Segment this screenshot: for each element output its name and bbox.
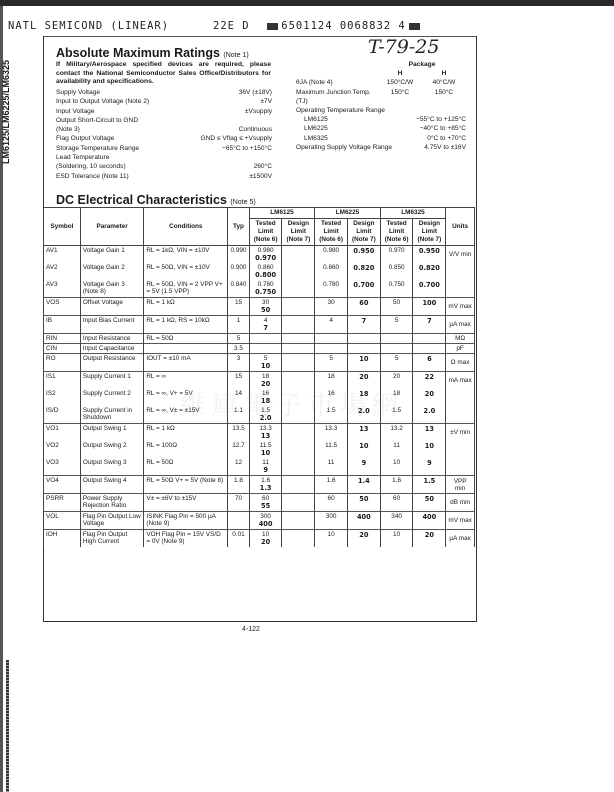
cell-units	[446, 263, 475, 280]
cell-typ: 12.7	[228, 441, 249, 458]
rating-row: Output Short-Circuit to GND	[56, 116, 272, 125]
cell-units: Ω max	[446, 354, 475, 372]
cell-design-2: 9	[347, 458, 380, 476]
header-part-2: LM6225	[315, 208, 381, 219]
rating-label: ESD Tolerance (Note 11)	[56, 172, 129, 181]
rating-value: Continuous	[239, 125, 272, 134]
cell-design-2: 60	[347, 298, 380, 316]
cell-symbol: AV3	[44, 280, 81, 298]
tj-label: Maximum Junction Temp. (TJ)	[296, 88, 378, 106]
rating-value: ±7V	[260, 97, 272, 106]
tested-value: 4	[252, 317, 280, 324]
cell-conditions: IOUT = ±10 mA	[144, 354, 228, 372]
cell-design-2: 7	[347, 316, 380, 334]
cell-design-1	[282, 316, 315, 334]
cell-tested-3: 5	[380, 316, 413, 334]
table-row: PSRRPower Supply Rejection RatioV± = ±6V…	[44, 494, 475, 512]
cell-tested-3: 10	[380, 458, 413, 476]
cell-design-1	[282, 424, 315, 442]
cell-design-1	[282, 441, 315, 458]
tested-value: 10	[252, 531, 280, 538]
cell-tested-1: 1020	[249, 530, 282, 548]
tested-value: 0.860	[252, 264, 280, 271]
op-temp-part: LM6325	[296, 134, 356, 143]
cell-design-2	[347, 344, 380, 354]
cell-tested-2: 4	[315, 316, 348, 334]
table-row: VO4Output Swing 4RL = 50Ω V+ = 5V (Note …	[44, 476, 475, 494]
cell-design-2: 10	[347, 441, 380, 458]
cell-typ	[228, 512, 249, 530]
cell-symbol: AV1	[44, 246, 81, 264]
tested-value-extreme: 0.970	[252, 254, 280, 262]
cell-design-1	[282, 476, 315, 494]
cell-design-3: 0.820	[413, 263, 446, 280]
cell-typ: 0.900	[228, 263, 249, 280]
cell-parameter: Output Resistance	[80, 354, 143, 372]
cell-parameter: Input Resistance	[80, 334, 143, 344]
table-row: IOHFlag Pin Output High CurrentVOH Flag …	[44, 530, 475, 548]
op-temp-list: LM6125−55°C to +125°CLM6225−40°C to +85°…	[296, 115, 466, 143]
cell-conditions: RL = 1 kΩ	[144, 424, 228, 442]
scan-binding-marks	[6, 660, 9, 792]
tested-value: 13.3	[252, 425, 280, 432]
cell-design-2	[347, 334, 380, 344]
cell-tested-3: 11	[380, 441, 413, 458]
tested-value: 5	[252, 355, 280, 362]
op-temp-part: LM6125	[296, 115, 356, 124]
cell-typ: 0.990	[228, 246, 249, 264]
cell-tested-2: 300	[315, 512, 348, 530]
cell-design-1	[282, 530, 315, 548]
cell-tested-3: 5	[380, 354, 413, 372]
cell-tested-2	[315, 334, 348, 344]
company-name: NATL SEMICOND (LINEAR)	[8, 20, 169, 32]
table-row: AV3Voltage Gain 3 (Note 8)RL = 50Ω, VIN …	[44, 280, 475, 298]
cell-tested-2: 11	[315, 458, 348, 476]
package-col1: H	[378, 69, 422, 78]
cell-design-3: 1.5	[413, 476, 446, 494]
rating-label: Lead Temperature	[56, 153, 109, 162]
table-row: IBInput Bias CurrentRL = 1 kΩ, RS = 10kΩ…	[44, 316, 475, 334]
cell-symbol: VO1	[44, 424, 81, 442]
cell-design-2: 0.700	[347, 280, 380, 298]
absolute-max-title: Absolute Maximum Ratings (Note 1)	[56, 46, 249, 60]
op-temp-row: LM6225−40°C to +85°C	[296, 124, 466, 133]
theta-value-1: 150°C/W	[378, 78, 422, 87]
rating-label: Input Voltage	[56, 107, 95, 116]
tested-value: 60	[252, 495, 280, 502]
cell-tested-2: 1.6	[315, 476, 348, 494]
cell-tested-1: 0.9800.970	[249, 246, 282, 264]
cell-symbol: PSRR	[44, 494, 81, 512]
cell-units	[446, 406, 475, 424]
op-temp-range: −40°C to +85°C	[356, 124, 466, 133]
thermal-ratings: Package HH θJA (Note 4)150°C/W40°C/W Max…	[296, 60, 466, 152]
table-row: VOLFlag Pin Output Low VoltageISINK Flag…	[44, 512, 475, 530]
cell-units: V/V min	[446, 246, 475, 264]
document-number: 6501124 0068832 4	[281, 20, 405, 32]
table-row: VOSOffset VoltageRL = 1 kΩ15305030605010…	[44, 298, 475, 316]
tested-value-extreme: 13	[252, 432, 280, 440]
rating-row: (Soldering, 10 seconds)260°C	[56, 162, 272, 171]
header-units: Units	[446, 208, 475, 246]
tested-value-extreme: 400	[252, 520, 280, 528]
tested-value: 0.780	[252, 281, 280, 288]
cell-tested-1: 300400	[249, 512, 282, 530]
cell-tested-1: 47	[249, 316, 282, 334]
cell-parameter: Supply Current 2	[80, 389, 143, 406]
cell-design-3: 50	[413, 494, 446, 512]
watermark: 維庫電子市場網	[180, 385, 404, 422]
rating-value: ±Vsupply	[245, 107, 272, 116]
cell-units: ±V min	[446, 424, 475, 442]
header-parameter: Parameter	[80, 208, 143, 246]
cell-design-1	[282, 246, 315, 264]
supply-range-value: 4.75V to ±16V	[406, 143, 466, 152]
cell-parameter: Voltage Gain 3 (Note 8)	[80, 280, 143, 298]
header-tested: Tested Limit (Note 6)	[249, 219, 282, 246]
rating-row: Input to Output Voltage (Note 2)±7V	[56, 97, 272, 106]
cell-tested-1: 3050	[249, 298, 282, 316]
dc-characteristics-table: Symbol Parameter Conditions Typ LM6125 L…	[43, 207, 475, 547]
cell-design-1	[282, 280, 315, 298]
rating-label: (Soldering, 10 seconds)	[56, 162, 126, 171]
table-row: VO3Output Swing 3RL = 50Ω12119119109	[44, 458, 475, 476]
rating-row: ESD Tolerance (Note 11)±1500V	[56, 172, 272, 181]
rating-label: Flag Output Voltage	[56, 134, 114, 143]
cell-tested-3: 60	[380, 494, 413, 512]
op-temp-range: 0°C to +70°C	[356, 134, 466, 143]
cell-tested-3: 340	[380, 512, 413, 530]
cell-tested-3	[380, 334, 413, 344]
header-tested: Tested Limit (Note 6)	[380, 219, 413, 246]
rating-row: Lead Temperature	[56, 153, 272, 162]
cell-tested-1: 510	[249, 354, 282, 372]
cell-symbol: IS1	[44, 372, 81, 390]
cell-design-1	[282, 494, 315, 512]
cell-parameter: Flag Pin Output High Current	[80, 530, 143, 548]
military-warning: If Military/Aerospace specified devices …	[56, 61, 271, 87]
cell-tested-3: 13.2	[380, 424, 413, 442]
tested-value-extreme: 0.800	[252, 271, 280, 279]
cell-design-3: 2.0	[413, 406, 446, 424]
cell-conditions: RL = 50Ω	[144, 334, 228, 344]
cell-tested-2: 10	[315, 530, 348, 548]
scan-top-band	[0, 0, 614, 6]
cell-typ: 1	[228, 316, 249, 334]
cell-tested-3: 50	[380, 298, 413, 316]
cell-design-1	[282, 298, 315, 316]
tested-value: 0.980	[252, 247, 280, 254]
tested-value-extreme: 55	[252, 502, 280, 510]
cell-design-2: 20	[347, 530, 380, 548]
cell-parameter: Voltage Gain 2	[80, 263, 143, 280]
scan-header: NATL SEMICOND (LINEAR) 22E D 6501124 006…	[8, 20, 423, 32]
rating-label: Storage Temperature Range	[56, 144, 139, 153]
cell-tested-2: 0.780	[315, 280, 348, 298]
cell-symbol: RO	[44, 354, 81, 372]
cell-design-2: 1.4	[347, 476, 380, 494]
cell-tested-2: 60	[315, 494, 348, 512]
cell-symbol: IS/D	[44, 406, 81, 424]
rating-row: (Note 3)Continuous	[56, 125, 272, 134]
cell-design-3: 7	[413, 316, 446, 334]
cell-design-2: 10	[347, 354, 380, 372]
cell-conditions: RL = 1 kΩ	[144, 298, 228, 316]
cell-typ: 0.840	[228, 280, 249, 298]
cell-design-2: 50	[347, 494, 380, 512]
cell-design-2: 0.950	[347, 246, 380, 264]
op-temp-range: −55°C to +125°C	[356, 115, 466, 124]
cell-parameter: Input Bias Current	[80, 316, 143, 334]
op-temp-row: LM6125−55°C to +125°C	[296, 115, 466, 124]
cell-tested-3	[380, 344, 413, 354]
cell-tested-2: 11.5	[315, 441, 348, 458]
op-temp-label: Operating Temperature Range	[296, 106, 466, 115]
cell-symbol: VO2	[44, 441, 81, 458]
cell-symbol: VOS	[44, 298, 81, 316]
cell-conditions: RL = 1 kΩ, RS = 10kΩ	[144, 316, 228, 334]
cell-design-3: 20	[413, 530, 446, 548]
rating-value: 260°C	[254, 162, 272, 171]
table-row: RINInput ResistanceRL = 50Ω5MΩ	[44, 334, 475, 344]
cell-design-3: 0.700	[413, 280, 446, 298]
cell-units	[446, 458, 475, 476]
rating-label: Supply Voltage	[56, 88, 100, 97]
cell-tested-1: 119	[249, 458, 282, 476]
cell-tested-3: 0.850	[380, 263, 413, 280]
cell-design-1	[282, 344, 315, 354]
cell-symbol: AV2	[44, 263, 81, 280]
rating-value: ±1500V	[249, 172, 272, 181]
cell-typ: 70	[228, 494, 249, 512]
tested-value: 1.6	[252, 477, 280, 484]
rating-value: GND ≤ Vflag ≤ +Vsupply	[200, 134, 272, 143]
op-temp-row: LM63250°C to +70°C	[296, 134, 466, 143]
cell-tested-1: 13.313	[249, 424, 282, 442]
cell-parameter: Power Supply Rejection Ratio	[80, 494, 143, 512]
table-row: VO1Output Swing 1RL = 1 kΩ13.513.31313.3…	[44, 424, 475, 442]
cell-tested-2: 0.860	[315, 263, 348, 280]
cell-design-3	[413, 334, 446, 344]
cell-units: mA max	[446, 372, 475, 390]
absolute-max-list: Supply Voltage36V (±18V)Input to Output …	[56, 88, 272, 181]
header-tested: Tested Limit (Note 6)	[315, 219, 348, 246]
tested-value: 11	[252, 459, 280, 466]
cell-design-3: 13	[413, 424, 446, 442]
op-temp-part: LM6225	[296, 124, 356, 133]
cell-units: µA max	[446, 316, 475, 334]
cell-symbol: IOH	[44, 530, 81, 548]
cell-design-3: 9	[413, 458, 446, 476]
cell-typ: 1.8	[228, 476, 249, 494]
cell-design-1	[282, 458, 315, 476]
tested-value: 30	[252, 299, 280, 306]
cell-symbol: VO4	[44, 476, 81, 494]
cell-tested-1: 6055	[249, 494, 282, 512]
cell-design-1	[282, 263, 315, 280]
cell-tested-3: 0.750	[380, 280, 413, 298]
cell-parameter: Output Swing 1	[80, 424, 143, 442]
cell-tested-1: 0.8600.800	[249, 263, 282, 280]
cell-tested-3: 0.970	[380, 246, 413, 264]
cell-units: dB min	[446, 494, 475, 512]
cell-conditions: RL = 50Ω, VIN = 2 VPP V+ = 5V (1.5 VPP)	[144, 280, 228, 298]
cell-conditions	[144, 344, 228, 354]
tested-value-extreme: 7	[252, 324, 280, 332]
cell-typ: 5	[228, 334, 249, 344]
cell-units: mV max	[446, 298, 475, 316]
rating-row: Input Voltage±Vsupply	[56, 107, 272, 116]
cell-design-1	[282, 512, 315, 530]
tested-value: 18	[252, 373, 280, 380]
cell-parameter: Output Swing 2	[80, 441, 143, 458]
cell-conditions: ISINK Flag Pin = 500 µA (Note 9)	[144, 512, 228, 530]
cell-tested-1: 0.7800.750	[249, 280, 282, 298]
header-design: Design Limit (Note 7)	[413, 219, 446, 246]
header-code: 22E D	[213, 20, 250, 32]
handwritten-note: T-79-25	[368, 36, 439, 58]
cell-symbol: IB	[44, 316, 81, 334]
cell-parameter: Supply Current in Shutdown	[80, 406, 143, 424]
cell-design-3: 100	[413, 298, 446, 316]
rating-row: Supply Voltage36V (±18V)	[56, 88, 272, 97]
cell-symbol: CIN	[44, 344, 81, 354]
tested-value-extreme: 9	[252, 466, 280, 474]
cell-conditions: RL = 50Ω, VIN = ±10V	[144, 263, 228, 280]
cell-typ: 3	[228, 354, 249, 372]
tested-value-extreme: 1.3	[252, 484, 280, 492]
table-row: CINInput Capacitance3.5pF	[44, 344, 475, 354]
side-part-label: LM6125/LM6225/LM6325	[0, 80, 13, 160]
tested-value-extreme: 20	[252, 538, 280, 546]
header-conditions: Conditions	[144, 208, 228, 246]
theta-label: θJA (Note 4)	[296, 78, 378, 87]
cell-conditions: VOH Flag Pin = 15V VS/D = 0V (Note 9)	[144, 530, 228, 548]
header-part-3: LM6325	[380, 208, 446, 219]
table-row: AV2Voltage Gain 2RL = 50Ω, VIN = ±10V0.9…	[44, 263, 475, 280]
cell-tested-1: 11.510	[249, 441, 282, 458]
cell-units: µA max	[446, 530, 475, 548]
cell-parameter: Supply Current 1	[80, 372, 143, 390]
tested-value-extreme: 10	[252, 362, 280, 370]
cell-tested-3: 1.6	[380, 476, 413, 494]
rating-value: 36V (±18V)	[239, 88, 272, 97]
cell-tested-1: 1.61.3	[249, 476, 282, 494]
cell-typ: 12	[228, 458, 249, 476]
cell-design-3: 22	[413, 372, 446, 390]
cell-tested-2: 30	[315, 298, 348, 316]
cell-design-2: 13	[347, 424, 380, 442]
header-design: Design Limit (Note 7)	[282, 219, 315, 246]
cell-design-3: 6	[413, 354, 446, 372]
cell-units: pF	[446, 344, 475, 354]
cell-typ: 15	[228, 298, 249, 316]
cell-units	[446, 280, 475, 298]
cell-design-1	[282, 354, 315, 372]
cell-design-3: 10	[413, 441, 446, 458]
cell-design-2: 0.820	[347, 263, 380, 280]
cell-design-1	[282, 334, 315, 344]
cell-typ: 0.01	[228, 530, 249, 548]
table-row: VO2Output Swing 2RL = 100Ω12.711.51011.5…	[44, 441, 475, 458]
tj-value-1: 150°C	[378, 88, 422, 106]
cell-units: VPP min	[446, 476, 475, 494]
package-col2: H	[422, 69, 466, 78]
page-number: 4-122	[242, 626, 260, 633]
tested-value-extreme: 50	[252, 306, 280, 314]
cell-parameter: Input Capacitance	[80, 344, 143, 354]
package-label: Package	[378, 60, 466, 69]
rating-label: (Note 3)	[56, 125, 80, 134]
cell-tested-2: 13.3	[315, 424, 348, 442]
cell-symbol: RIN	[44, 334, 81, 344]
cell-parameter: Output Swing 3	[80, 458, 143, 476]
tested-value-extreme: 10	[252, 449, 280, 457]
header-part-1: LM6125	[249, 208, 315, 219]
supply-range-label: Operating Supply Voltage Range	[296, 143, 406, 152]
header-design: Design Limit (Note 7)	[347, 219, 380, 246]
cell-symbol: VOL	[44, 512, 81, 530]
cell-units: mV max	[446, 512, 475, 530]
cell-parameter: Flag Pin Output Low Voltage	[80, 512, 143, 530]
cell-tested-3: 10	[380, 530, 413, 548]
cell-design-3	[413, 344, 446, 354]
cell-conditions: RL = 50Ω	[144, 458, 228, 476]
cell-parameter: Voltage Gain 1	[80, 246, 143, 264]
cell-parameter: Offset Voltage	[80, 298, 143, 316]
table-row: ROOutput ResistanceIOUT = ±10 mA35105105…	[44, 354, 475, 372]
theta-value-2: 40°C/W	[422, 78, 466, 87]
cell-conditions: V± = ±6V to ±15V	[144, 494, 228, 512]
cell-tested-1	[249, 344, 282, 354]
cell-parameter: Output Swing 4	[80, 476, 143, 494]
cell-design-3: 400	[413, 512, 446, 530]
rating-label: Input to Output Voltage (Note 2)	[56, 97, 149, 106]
barcode-block-icon	[409, 23, 420, 30]
cell-units	[446, 441, 475, 458]
rating-row: Flag Output VoltageGND ≤ Vflag ≤ +Vsuppl…	[56, 134, 272, 143]
cell-conditions: RL = 1kΩ, VIN = ±10V	[144, 246, 228, 264]
rating-row: Storage Temperature Range−65°C to +150°C	[56, 144, 272, 153]
cell-conditions: RL = 50Ω V+ = 5V (Note 8)	[144, 476, 228, 494]
cell-symbol: VO3	[44, 458, 81, 476]
cell-units	[446, 389, 475, 406]
cell-units: MΩ	[446, 334, 475, 344]
dc-characteristics-title: DC Electrical Characteristics (Note 5)	[56, 193, 256, 207]
cell-design-3: 20	[413, 389, 446, 406]
tested-value: 11.5	[252, 442, 280, 449]
header-symbol: Symbol	[44, 208, 81, 246]
cell-design-2: 400	[347, 512, 380, 530]
rating-label: Output Short-Circuit to GND	[56, 116, 138, 125]
cell-design-3: 0.950	[413, 246, 446, 264]
table-row: AV1Voltage Gain 1RL = 1kΩ, VIN = ±10V0.9…	[44, 246, 475, 264]
tested-value-extreme: 0.750	[252, 288, 280, 296]
cell-tested-1	[249, 334, 282, 344]
cell-symbol: IS2	[44, 389, 81, 406]
tested-value: 300	[252, 513, 280, 520]
cell-typ: 3.5	[228, 344, 249, 354]
cell-conditions: RL = 100Ω	[144, 441, 228, 458]
header-typ: Typ	[228, 208, 249, 246]
tj-value-2: 150°C	[422, 88, 466, 106]
cell-tested-2	[315, 344, 348, 354]
rating-value: −65°C to +150°C	[222, 144, 272, 153]
barcode-block-icon	[267, 23, 278, 30]
cell-tested-2: 5	[315, 354, 348, 372]
cell-tested-2: 0.980	[315, 246, 348, 264]
